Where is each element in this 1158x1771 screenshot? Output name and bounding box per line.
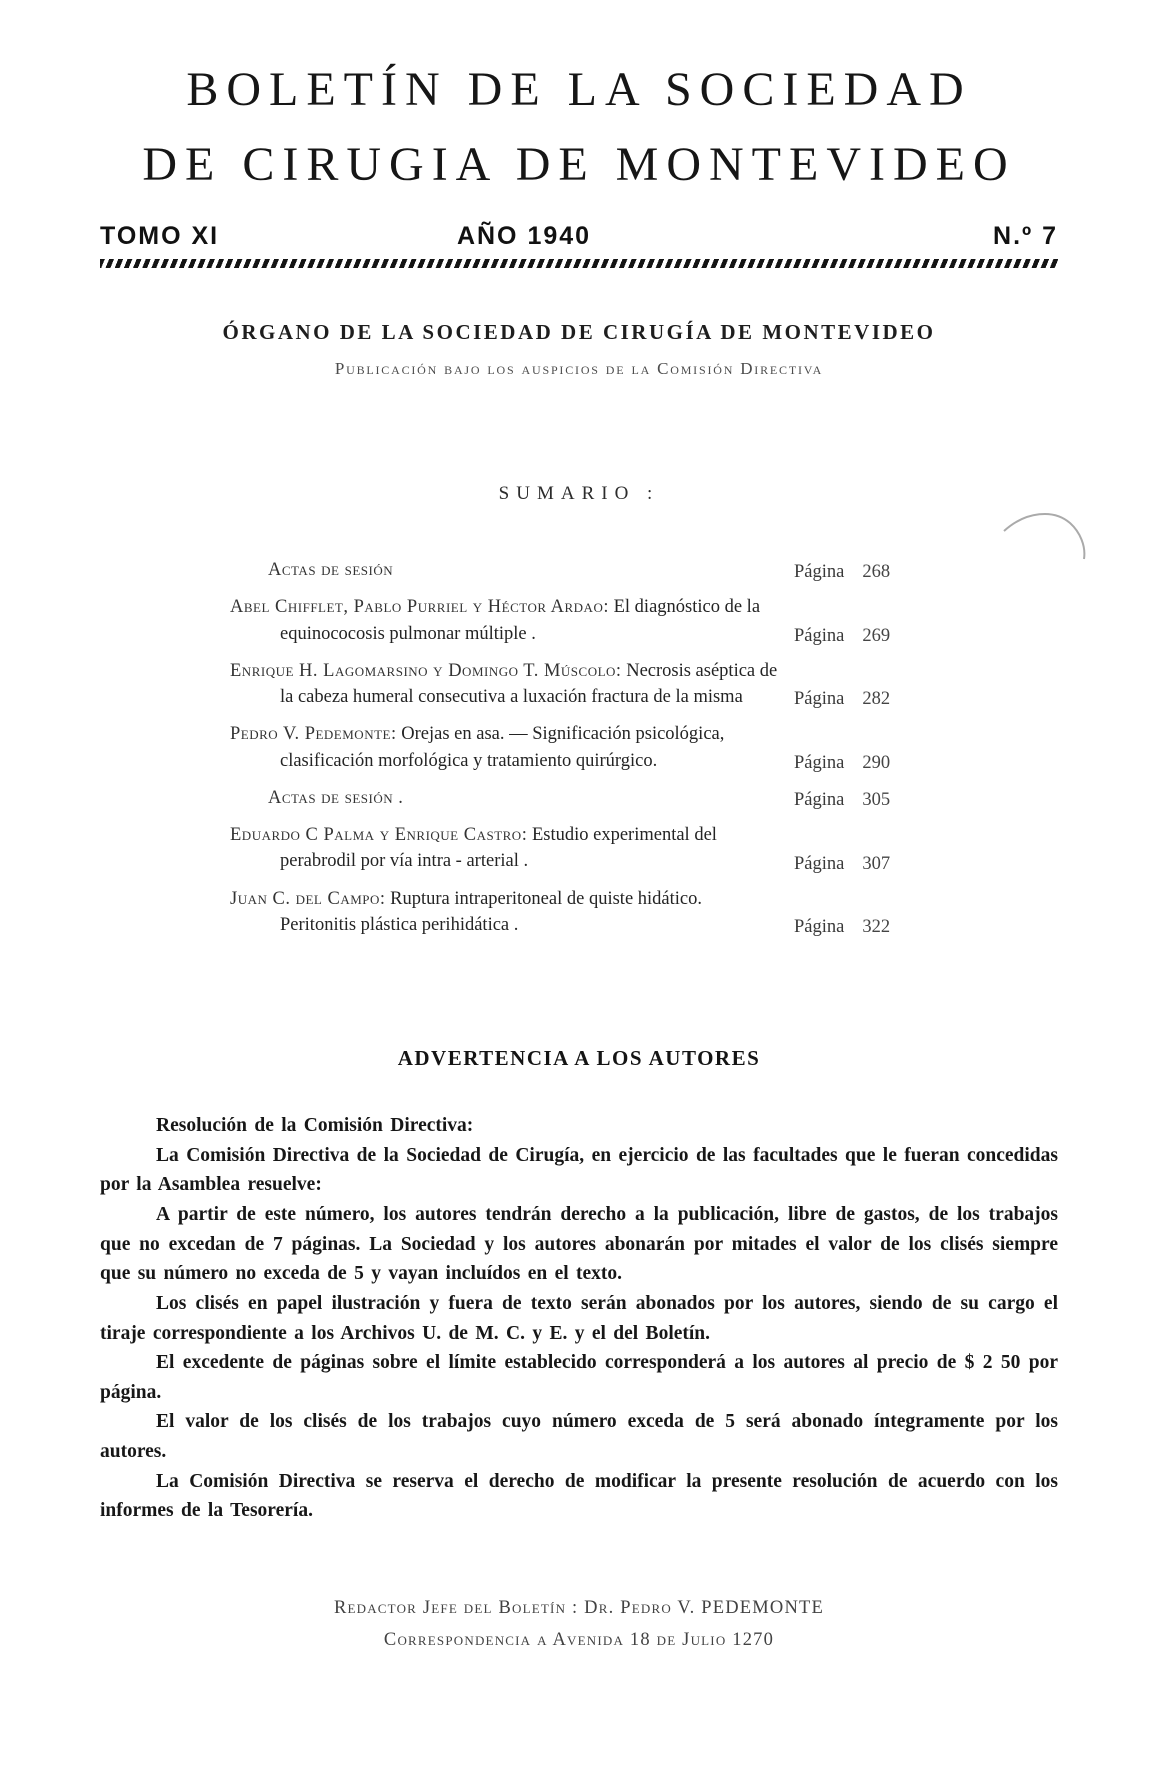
advertencia-paragraph: La Comisión Directiva de la Sociedad de … [100, 1141, 1058, 1200]
toc-entry: Eduardo C Palma y Enrique Castro: Estudi… [230, 822, 958, 875]
toc-entry: Pedro V. Pedemonte: Orejas en asa. — Sig… [230, 721, 958, 774]
toc-entry-authors: Juan C. del Campo: [230, 889, 386, 909]
advertencia-paragraph: Resolución de la Comisión Directiva: [100, 1111, 1058, 1141]
advertencia-paragraph: El valor de los clisés de los trabajos c… [100, 1407, 1058, 1466]
issue-number: N.º 7 [646, 222, 1058, 251]
toc-entry-authors: Enrique H. Lagomarsino y Domingo T. Músc… [230, 661, 622, 681]
advertencia-body: Resolución de la Comisión Directiva: La … [100, 1111, 1058, 1526]
toc-entry-page: Página322 [780, 917, 958, 938]
journal-title-line1: BOLETÍN DE LA SOCIEDAD [100, 62, 1058, 117]
toc-entry-authors: Actas de sesión [268, 560, 393, 580]
page-label: Página [794, 854, 844, 875]
correspondence-line: Correspondencia a Avenida 18 de Julio 12… [100, 1624, 1058, 1656]
page-label: Página [794, 562, 844, 583]
toc-entry-text: Actas de sesión [230, 557, 780, 583]
zigzag-divider [100, 259, 1058, 268]
tomo-label: TOMO XI [100, 222, 512, 251]
toc-entry-text: Actas de sesión . [230, 785, 780, 811]
page-label: Página [794, 753, 844, 774]
toc-entry: Juan C. del Campo: Ruptura intraperitone… [230, 886, 958, 939]
toc-entry-authors: Eduardo C Palma y Enrique Castro: [230, 825, 527, 845]
advertencia-paragraph: La Comisión Directiva se reserva el dere… [100, 1467, 1058, 1526]
toc-entry-page: Página305 [780, 790, 958, 811]
toc-entry-page: Página307 [780, 854, 958, 875]
sumario-heading: SUMARIO : [100, 483, 1058, 505]
toc-entry-page: Página282 [780, 689, 958, 710]
toc-entry-text: Abel Chifflet, Pablo Purriel y Héctor Ar… [230, 594, 780, 647]
volume-row: TOMO XI AÑO 1940 N.º 7 [100, 222, 1058, 251]
toc-entry-text: Eduardo C Palma y Enrique Castro: Estudi… [230, 822, 780, 875]
page-label: Página [794, 626, 844, 647]
page-number: 268 [862, 562, 890, 583]
toc-entry-authors: Abel Chifflet, Pablo Purriel y Héctor Ar… [230, 597, 609, 617]
page-number: 282 [862, 689, 890, 710]
auspices-line: Publicación bajo los auspicios de la Com… [100, 359, 1058, 379]
organ-line: ÓRGANO DE LA SOCIEDAD DE CIRUGÍA DE MONT… [100, 320, 1058, 345]
toc-entry-page: Página290 [780, 753, 958, 774]
toc-entry-authors: Pedro V. Pedemonte: [230, 724, 397, 744]
toc-entry-text: Enrique H. Lagomarsino y Domingo T. Músc… [230, 658, 780, 711]
page-number: 322 [862, 917, 890, 938]
page-number: 269 [862, 626, 890, 647]
advertencia-paragraph: El excedente de páginas sobre el límite … [100, 1348, 1058, 1407]
table-of-contents: Actas de sesión Página268 Abel Chifflet,… [230, 557, 958, 938]
page-number: 290 [862, 753, 890, 774]
year-label: AÑO 1940 [457, 222, 591, 251]
page-number: 307 [862, 854, 890, 875]
editor-line: Redactor Jefe del Boletín : Dr. Pedro V.… [100, 1592, 1058, 1624]
toc-entry: Abel Chifflet, Pablo Purriel y Héctor Ar… [230, 594, 958, 647]
toc-entry-text: Pedro V. Pedemonte: Orejas en asa. — Sig… [230, 721, 780, 774]
handwritten-pen-mark-icon [1000, 505, 1104, 569]
page-number: 305 [862, 790, 890, 811]
toc-entry-text: Juan C. del Campo: Ruptura intraperitone… [230, 886, 780, 939]
toc-entry-authors: Actas de sesión . [268, 788, 403, 808]
page-label: Página [794, 917, 844, 938]
advertencia-paragraph: Los clisés en papel ilustración y fuera … [100, 1289, 1058, 1348]
toc-entry-page: Página269 [780, 626, 958, 647]
journal-title-line2: DE CIRUGIA DE MONTEVIDEO [100, 137, 1058, 192]
page-label: Página [794, 790, 844, 811]
toc-entry: Actas de sesión Página268 [230, 557, 958, 583]
toc-entry-page: Página268 [780, 562, 958, 583]
advertencia-paragraph: A partir de este número, los autores ten… [100, 1200, 1058, 1289]
toc-entry: Actas de sesión . Página305 [230, 785, 958, 811]
page-label: Página [794, 689, 844, 710]
journal-cover-page: BOLETÍN DE LA SOCIEDAD DE CIRUGIA DE MON… [0, 0, 1158, 1771]
imprint-footer: Redactor Jefe del Boletín : Dr. Pedro V.… [100, 1592, 1058, 1657]
toc-entry: Enrique H. Lagomarsino y Domingo T. Músc… [230, 658, 958, 711]
advertencia-heading: ADVERTENCIA A LOS AUTORES [100, 1046, 1058, 1071]
